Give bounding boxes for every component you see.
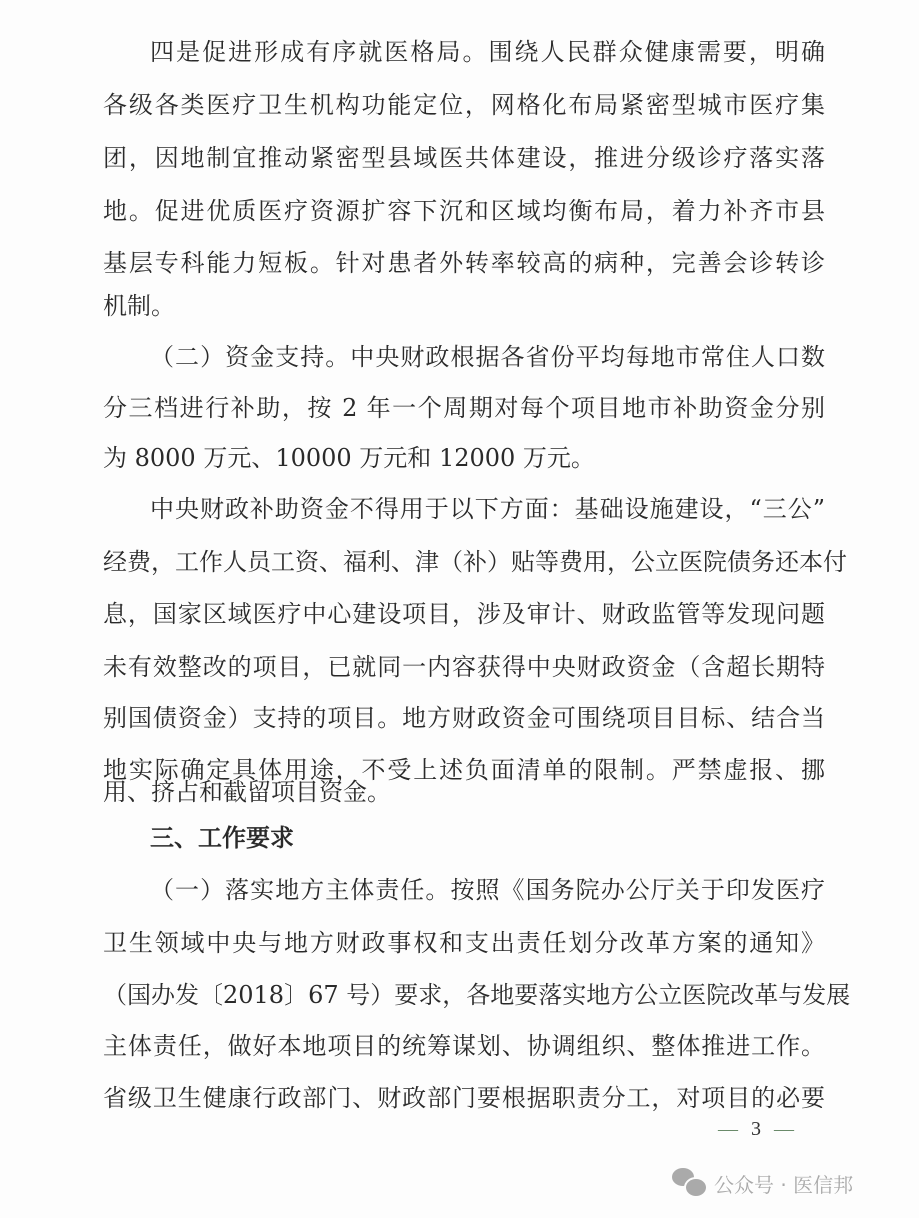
paragraph-line: （一）落实地方主体责任。按照《国务院办公厅关于印发医疗 — [150, 874, 825, 906]
paragraph-line: 经费，工作人员工资、福利、津（补）贴等费用，公立医院债务还本付 — [103, 546, 825, 578]
wechat-icon — [672, 1168, 708, 1198]
paragraph-line: 四是促进形成有序就医格局。围绕人民群众健康需要，明确 — [150, 36, 825, 68]
paragraph-line: 主体责任，做好本地项目的统筹谋划、协调组织、整体推进工作。 — [103, 1030, 825, 1062]
paragraph-line: 省级卫生健康行政部门、财政部门要根据职责分工，对项目的必要 — [103, 1082, 825, 1114]
paragraph-line: （二）资金支持。中央财政根据各省份平均每地市常住人口数 — [150, 341, 825, 373]
paragraph-line: 中央财政补助资金不得用于以下方面：基础设施建设，“三公” — [150, 493, 825, 525]
paragraph-line: 为 8000 万元、10000 万元和 12000 万元。 — [103, 442, 825, 474]
paragraph-line: 团，因地制宜推动紧密型县域医共体建设，推进分级诊疗落实落 — [103, 142, 825, 174]
paragraph-line: 息，国家区域医疗中心建设项目，涉及审计、财政监管等发现问题 — [103, 598, 825, 630]
paragraph-line: 地。促进优质医疗资源扩容下沉和区域均衡布局，着力补齐市县 — [103, 195, 825, 227]
paragraph-line: （国办发〔2018〕67 号）要求，各地要落实地方公立医院改革与发展 — [103, 979, 825, 1011]
watermark: 公众号 · 医信邦 — [672, 1168, 853, 1198]
page-number-value: 3 — [751, 1118, 765, 1140]
paragraph-line: 各级各类医疗卫生机构功能定位，网格化布局紧密型城市医疗集 — [103, 89, 825, 121]
page-dash-right: — — [774, 1118, 798, 1140]
paragraph-line: 机制。 — [103, 290, 825, 322]
page-dash-left: — — [718, 1118, 742, 1140]
page-number: — 3 — — [718, 1118, 798, 1141]
paragraph-line: 分三档进行补助，按 2 年一个周期对每个项目地市补助资金分别 — [103, 392, 825, 424]
paragraph-line: 基层专科能力短板。针对患者外转率较高的病种，完善会诊转诊 — [103, 247, 825, 279]
paragraph-line: 卫生领域中央与地方财政事权和支出责任划分改革方案的通知》 — [103, 927, 825, 959]
watermark-label: 公众号 · 医信邦 — [714, 1169, 853, 1198]
section-heading: 三、工作要求 — [150, 822, 825, 854]
paragraph-line: 未有效整改的项目，已就同一内容获得中央财政资金（含超长期特 — [103, 651, 825, 683]
paragraph-line: 别国债资金）支持的项目。地方财政资金可围绕项目目标、结合当 — [103, 702, 825, 734]
paragraph-line: 用、挤占和截留项目资金。 — [103, 776, 825, 808]
